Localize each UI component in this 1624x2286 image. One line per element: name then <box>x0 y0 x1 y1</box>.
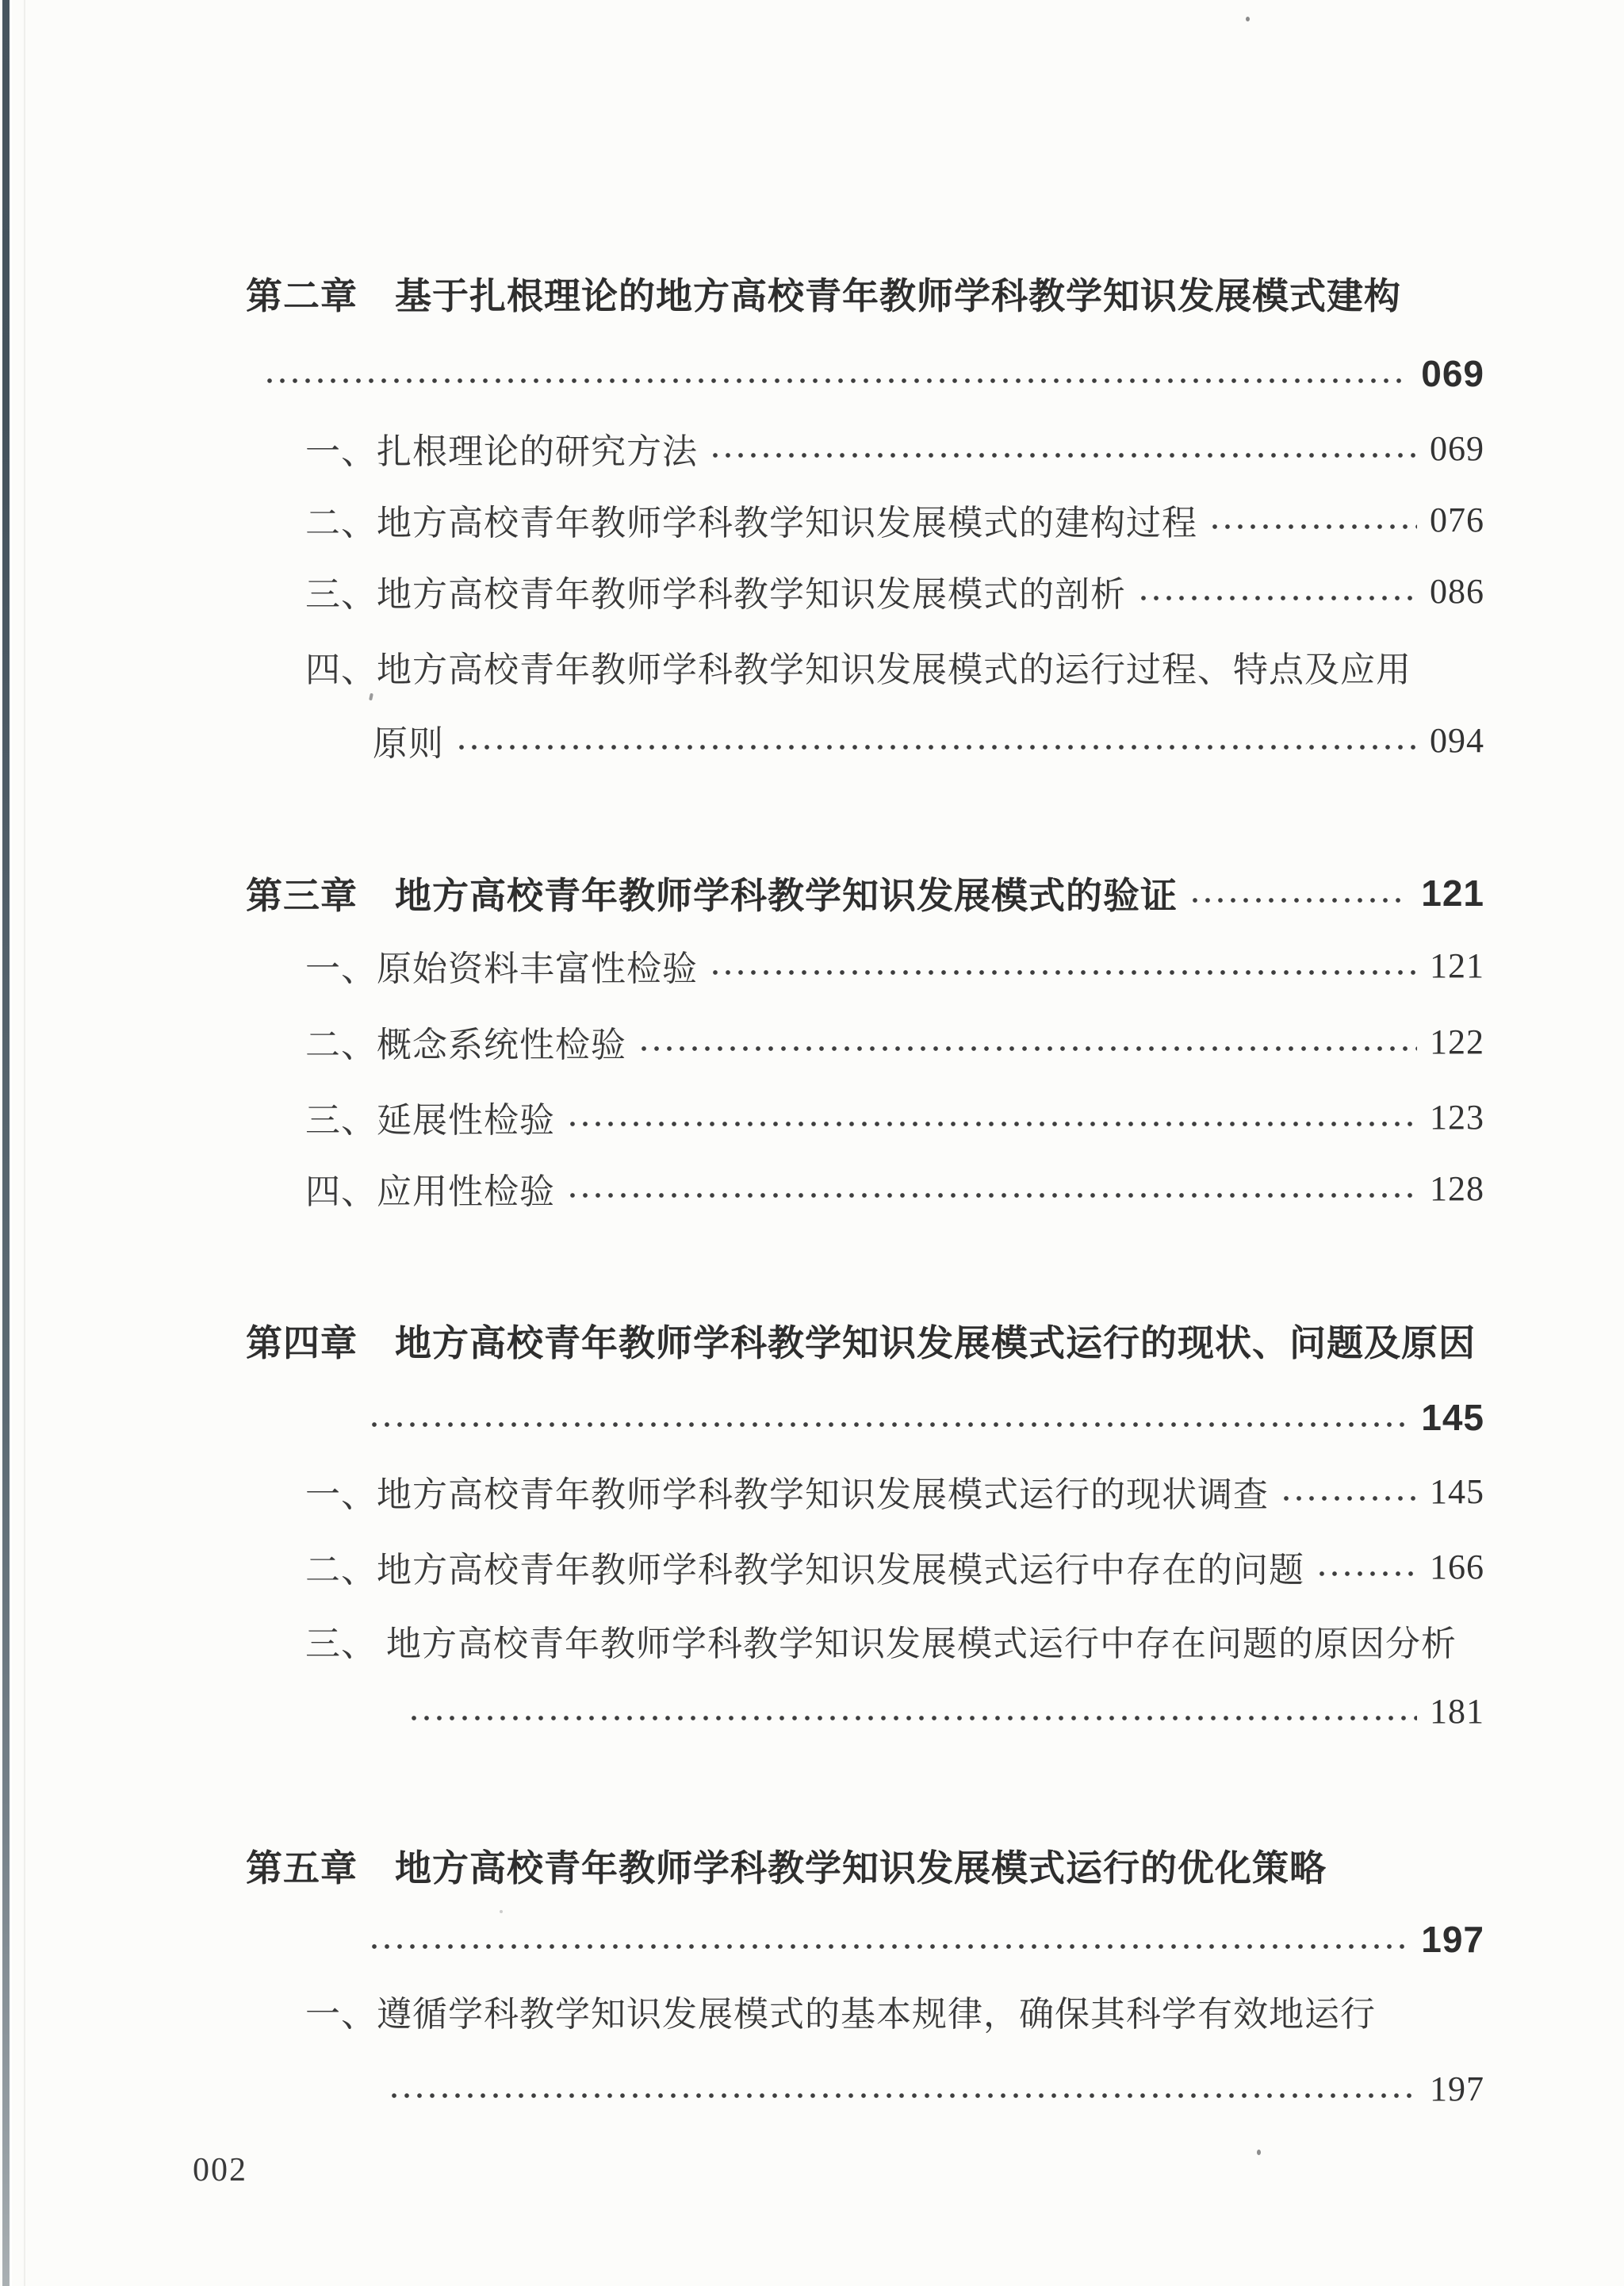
chapter-2-page-number: 069 <box>1421 352 1484 395</box>
toc-chapter-2-leader-row: 069 <box>246 351 1484 396</box>
entry-page-number: 086 <box>1430 571 1484 612</box>
page-number-footer: 002 <box>193 2151 247 2189</box>
entry-label: 一、原始资料丰富性检验 <box>305 940 698 991</box>
entry-label: 一、地方高校青年教师学科教学知识发展模式运行的现状调查 <box>305 1466 1269 1517</box>
toc-entry-leader-row: 197 <box>246 2066 1484 2111</box>
entry-page-number: 123 <box>1430 1097 1484 1137</box>
scan-fold-line <box>24 0 25 2286</box>
dot-leader <box>638 1043 1417 1054</box>
chapter-2-title: 第二章 基于扎根理论的地方高校青年教师学科教学知识发展模式建构 <box>246 267 1401 320</box>
scan-speck <box>1246 17 1250 21</box>
toc-entry-row: 一、扎根理论的研究方法 069 <box>246 426 1484 470</box>
chapter-3-title: 第三章 地方高校青年教师学科教学知识发展模式的验证 <box>246 867 1178 919</box>
entry-page-number: 145 <box>1430 1471 1484 1512</box>
entry-label: 三、延展性检验 <box>305 1091 555 1142</box>
toc-entry-row: 二、概念系统性检验 122 <box>246 1019 1484 1064</box>
toc-chapter-5-title-row: 第五章 地方高校青年教师学科教学知识发展模式运行的优化策略 <box>246 1843 1484 1888</box>
entry-page-number: 122 <box>1430 1022 1484 1062</box>
spine-highlight <box>10 0 12 2286</box>
entry-label: 一、扎根理论的研究方法 <box>305 423 698 474</box>
chapter-5-title: 第五章 地方高校青年教师学科教学知识发展模式运行的优化策略 <box>246 1839 1327 1892</box>
folio: 002 <box>193 2152 247 2188</box>
entry-label: 三、 地方高校青年教师学科教学知识发展模式运行中存在问题的原因分析 <box>305 1615 1457 1666</box>
entry-label: 四、应用性检验 <box>305 1163 555 1214</box>
dot-leader <box>566 1190 1417 1201</box>
scan-speck <box>369 693 373 701</box>
book-spine-edge <box>2 0 10 2286</box>
toc-page: 第二章 基于扎根理论的地方高校青年教师学科教学知识发展模式建构 069 一、扎根… <box>0 0 1624 2286</box>
toc-entry-row: 四、应用性检验 128 <box>246 1166 1484 1210</box>
toc-entry-wrap-row: 四、地方高校青年教师学科教学知识发展模式的运行过程、特点及应用 <box>246 644 1484 688</box>
toc-chapter-4-title-row: 第四章 地方高校青年教师学科教学知识发展模式运行的现状、问题及原因 <box>246 1318 1484 1363</box>
dot-leader <box>263 375 1408 386</box>
dot-leader <box>1280 1493 1417 1504</box>
entry-label: 二、地方高校青年教师学科教学知识发展模式的建构过程 <box>305 494 1197 545</box>
dot-leader <box>1137 593 1417 604</box>
entry-label: 一、遵循学科教学知识发展模式的基本规律，确保其科学有效地运行 <box>305 1985 1376 2036</box>
toc-chapter-2-title-row: 第二章 基于扎根理论的地方高校青年教师学科教学知识发展模式建构 <box>246 271 1484 316</box>
chapter-4-title: 第四章 地方高校青年教师学科教学知识发展模式运行的现状、问题及原因 <box>246 1314 1476 1367</box>
entry-page-number: 181 <box>1430 1691 1484 1732</box>
entry-page-number: 076 <box>1430 500 1484 540</box>
dot-leader <box>1189 895 1408 906</box>
entry-page-number: 128 <box>1430 1168 1484 1209</box>
chapter-5-page-number: 197 <box>1421 1918 1484 1961</box>
entry-page-number: 197 <box>1430 2069 1484 2109</box>
scan-speck <box>1257 2150 1261 2155</box>
entry-label: 四、地方高校青年教师学科教学知识发展模式的运行过程、特点及应用 <box>305 641 1411 692</box>
toc-entry-row: 二、地方高校青年教师学科教学知识发展模式的建构过程 076 <box>246 497 1484 542</box>
toc-entry-wrap-row: 三、 地方高校青年教师学科教学知识发展模式运行中存在问题的原因分析 <box>246 1618 1484 1663</box>
toc-entry-row: 三、延展性检验 123 <box>246 1095 1484 1139</box>
dot-leader <box>388 2090 1417 2101</box>
entry-page-number: 121 <box>1430 945 1484 986</box>
dot-leader <box>368 1419 1408 1430</box>
toc-entry-row: 一、原始资料丰富性检验 121 <box>246 943 1484 988</box>
entry-label: 二、地方高校青年教师学科教学知识发展模式运行中存在的问题 <box>305 1541 1304 1592</box>
dot-leader <box>709 450 1417 461</box>
toc-chapter-5-leader-row: 197 <box>246 1917 1484 1962</box>
toc-entry-row: 一、地方高校青年教师学科教学知识发展模式运行的现状调查 145 <box>246 1469 1484 1513</box>
entry-page-number: 094 <box>1430 720 1484 761</box>
dot-leader <box>455 742 1417 753</box>
chapter-4-page-number: 145 <box>1421 1396 1484 1439</box>
entry-label: 二、概念系统性检验 <box>305 1016 626 1067</box>
dot-leader <box>1316 1568 1417 1579</box>
dot-leader <box>408 1713 1417 1724</box>
dot-leader <box>709 967 1417 978</box>
dot-leader <box>1208 521 1417 532</box>
toc-chapter-3-title-row: 第三章 地方高校青年教师学科教学知识发展模式的验证 121 <box>246 871 1484 915</box>
chapter-3-page-number: 121 <box>1421 872 1484 915</box>
scan-speck <box>500 1910 503 1913</box>
dot-leader <box>566 1118 1417 1130</box>
entry-page-number: 166 <box>1430 1547 1484 1587</box>
toc-entry-row: 二、地方高校青年教师学科教学知识发展模式运行中存在的问题 166 <box>246 1544 1484 1589</box>
toc-entry-continuation-row: 原则 094 <box>246 718 1484 762</box>
dot-leader <box>368 1941 1408 1952</box>
entry-label: 三、地方高校青年教师学科教学知识发展模式的剖析 <box>305 566 1126 616</box>
toc-chapter-4-leader-row: 145 <box>246 1395 1484 1440</box>
toc-entry-leader-row: 181 <box>246 1689 1484 1733</box>
toc-entry-row: 三、地方高校青年教师学科教学知识发展模式的剖析 086 <box>246 569 1484 613</box>
entry-label: 原则 <box>373 715 444 765</box>
entry-page-number: 069 <box>1430 428 1484 469</box>
toc-entry-wrap-row: 一、遵循学科教学知识发展模式的基本规律，确保其科学有效地运行 <box>246 1989 1484 2033</box>
